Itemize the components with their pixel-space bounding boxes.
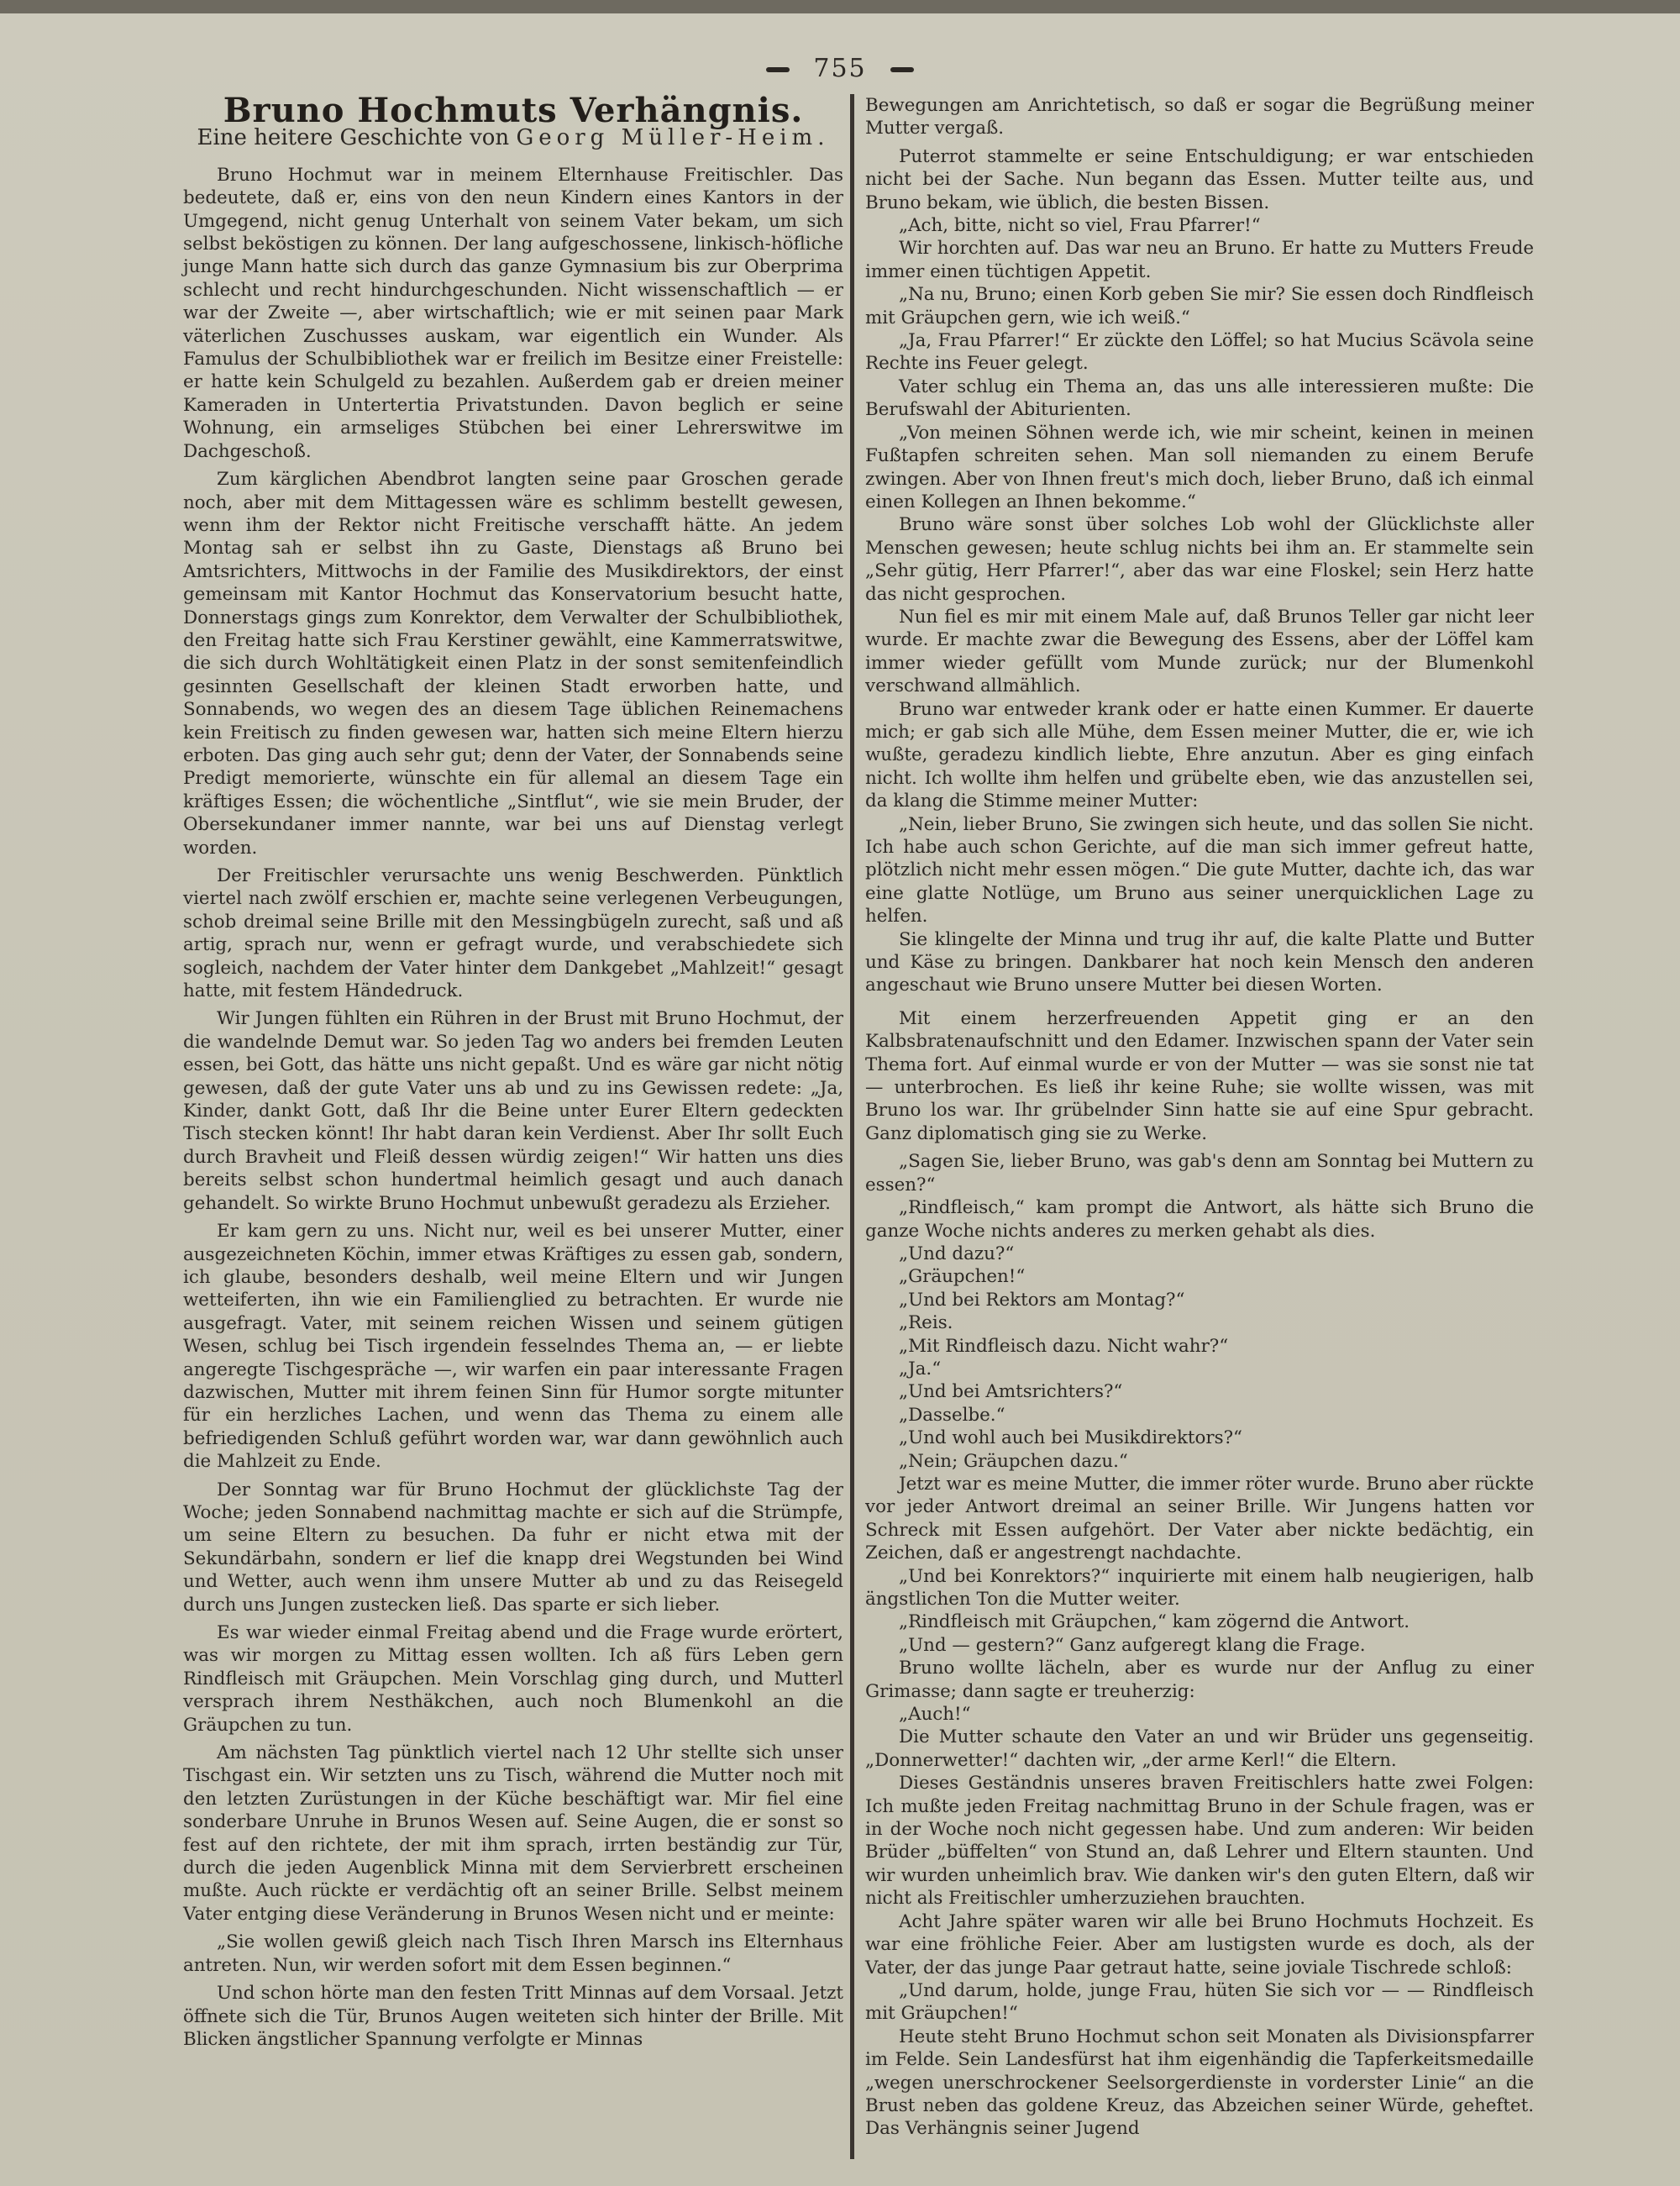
newspaper-page: 755 Bruno Hochmuts Verhängnis. Eine heit… bbox=[0, 13, 1680, 2186]
dialogue-line: „Dasselbe.“ bbox=[865, 1404, 1534, 1427]
page-number: 755 bbox=[813, 54, 866, 83]
dialogue-line: „Ja.“ bbox=[865, 1358, 1534, 1380]
dialogue-line: „Gräupchen!“ bbox=[865, 1265, 1534, 1288]
paragraph: Die Mutter schaute den Vater an und wir … bbox=[865, 1726, 1534, 1772]
paragraph: Dieses Geständnis unseres braven Freitis… bbox=[865, 1772, 1534, 1910]
dialogue-line: „Und wohl auch bei Musikdirektors?“ bbox=[865, 1427, 1534, 1449]
dash-right bbox=[890, 67, 914, 72]
column-divider bbox=[850, 94, 854, 2159]
dialogue-line: „Ach, bitte, nicht so viel, Frau Pfarrer… bbox=[865, 214, 1534, 237]
paragraph: Wir horchten auf. Das war neu an Bruno. … bbox=[865, 237, 1534, 283]
paragraph: Jetzt war es meine Mutter, die immer röt… bbox=[865, 1473, 1534, 1565]
dialogue-line: „Und darum, holde, junge Frau, hüten Sie… bbox=[865, 1979, 1534, 2026]
paragraph: Mit einem herzerfreuenden Appetit ging e… bbox=[865, 1007, 1534, 1145]
dialogue-line: „Nein; Gräupchen dazu.“ bbox=[865, 1450, 1534, 1473]
paragraph: Wir Jungen fühlten ein Rühren in der Bru… bbox=[183, 1007, 843, 1215]
paragraph: Bruno wäre sonst über solches Lob wohl d… bbox=[865, 513, 1534, 606]
dialogue-line: „Auch!“ bbox=[865, 1703, 1534, 1726]
paragraph: Der Freitischler verursachte uns wenig B… bbox=[183, 864, 843, 1002]
paragraph: Der Sonntag war für Bruno Hochmut der gl… bbox=[183, 1479, 843, 1616]
dialogue-line: „Und bei Amtsrichters?“ bbox=[865, 1380, 1534, 1403]
paragraph: Zum kärglichen Abendbrot langten seine p… bbox=[183, 468, 843, 859]
dialogue-line: „Na nu, Bruno; einen Korb geben Sie mir?… bbox=[865, 283, 1534, 329]
right-column: Bewegungen am Anrichtetisch, so daß er s… bbox=[865, 94, 1534, 2141]
article-subtitle: Eine heitere Geschichte von Georg Müller… bbox=[183, 127, 843, 150]
paragraph: Er kam gern zu uns. Nicht nur, weil es b… bbox=[183, 1220, 843, 1473]
dialogue-line: „Nein, lieber Bruno, Sie zwingen sich he… bbox=[865, 813, 1534, 928]
dialogue-line: „Ja, Frau Pfarrer!“ Er zückte den Löffel… bbox=[865, 329, 1534, 376]
paragraph: Puterrot stammelte er seine Entschuldigu… bbox=[865, 145, 1534, 214]
dialogue-line: „Rindfleisch mit Gräupchen,“ kam zögernd… bbox=[865, 1611, 1534, 1633]
paragraph: Bruno war entweder krank oder er hatte e… bbox=[865, 698, 1534, 813]
dialogue-line: „Reis. bbox=[865, 1311, 1534, 1334]
paragraph: Und schon hörte man den festen Tritt Min… bbox=[183, 1982, 843, 2051]
dialogue-line: „Und dazu?“ bbox=[865, 1243, 1534, 1265]
dialogue-line: „Mit Rindfleisch dazu. Nicht wahr?“ bbox=[865, 1335, 1534, 1358]
left-column: Bruno Hochmuts Verhängnis. Eine heitere … bbox=[183, 87, 843, 2056]
article-title: Bruno Hochmuts Verhängnis. bbox=[183, 99, 843, 122]
page-number-header: 755 bbox=[0, 54, 1680, 83]
dialogue-line: „Und bei Konrektors?“ inquirierte mit ei… bbox=[865, 1565, 1534, 1611]
dash-left bbox=[766, 67, 790, 72]
paragraph: Bruno Hochmut war in meinem Elternhause … bbox=[183, 164, 843, 463]
dialogue-line: „Und bei Rektors am Montag?“ bbox=[865, 1289, 1534, 1311]
paragraph: Bruno wollte lächeln, aber es wurde nur … bbox=[865, 1657, 1534, 1703]
dialogue-line: „Und — gestern?“ Ganz aufgeregt klang di… bbox=[865, 1634, 1534, 1657]
paragraph: Es war wieder einmal Freitag abend und d… bbox=[183, 1621, 843, 1737]
paragraph: Bewegungen am Anrichtetisch, so daß er s… bbox=[865, 94, 1534, 140]
dialogue-line: „Sagen Sie, lieber Bruno, was gab's denn… bbox=[865, 1150, 1534, 1196]
author-name: Georg Müller-Heim. bbox=[516, 125, 829, 150]
paragraph: Vater schlug ein Thema an, das uns alle … bbox=[865, 376, 1534, 422]
paragraph: Heute steht Bruno Hochmut schon seit Mon… bbox=[865, 2026, 1534, 2141]
subtitle-prefix: Eine heitere Geschichte von bbox=[197, 125, 510, 150]
paragraph: Sie klingelte der Minna und trug ihr auf… bbox=[865, 928, 1534, 997]
paragraph: „Sie wollen gewiß gleich nach Tisch Ihre… bbox=[183, 1931, 843, 1977]
paragraph: Nun fiel es mir mit einem Male auf, daß … bbox=[865, 606, 1534, 698]
dialogue-line: „Rindfleisch,“ kam prompt die Antwort, a… bbox=[865, 1196, 1534, 1243]
paragraph: Acht Jahre später waren wir alle bei Bru… bbox=[865, 1910, 1534, 1979]
paragraph: Am nächsten Tag pünktlich viertel nach 1… bbox=[183, 1742, 843, 1926]
dialogue-line: „Von meinen Söhnen werde ich, wie mir sc… bbox=[865, 422, 1534, 514]
